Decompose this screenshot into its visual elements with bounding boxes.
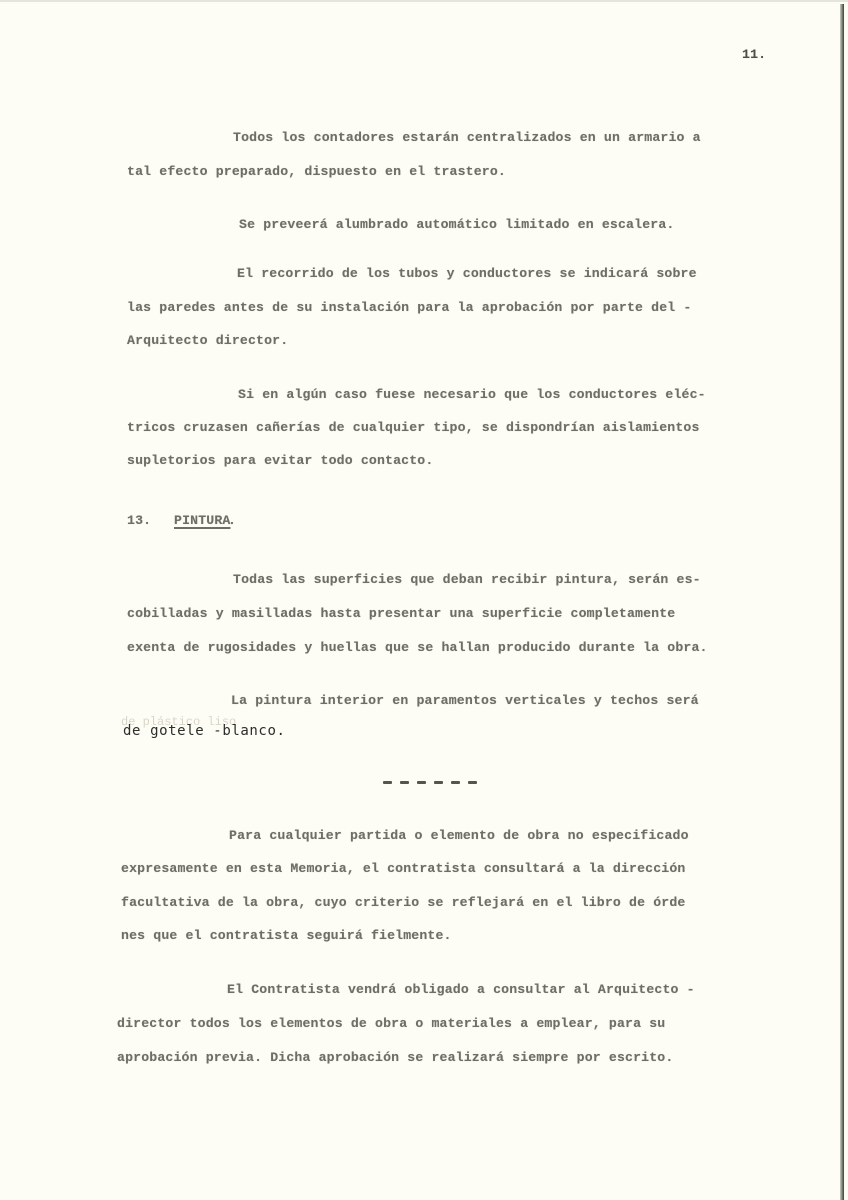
paragraph-4-line-2: tricos cruzasen cañerías de cualquier ti…	[127, 420, 700, 435]
closing-paragraph-1-line-4: nes que el contratista seguirá fielmente…	[121, 928, 452, 943]
document-page: 11. Todos los contadores estarán central…	[0, 0, 844, 1200]
section-paragraph-1-line-2: cobilladas y masilladas hasta presentar …	[127, 606, 675, 621]
page-right-edge	[840, 4, 844, 1200]
separator-dash	[400, 781, 409, 784]
closing-paragraph-1-line-2: expresamente en esta Memoria, el contrat…	[121, 861, 685, 876]
closing-paragraph-1-line-3: facultativa de la obra, cuyo criterio se…	[121, 895, 685, 910]
paragraph-1-line-1: Todos los contadores estarán centralizad…	[233, 130, 701, 145]
paragraph-3-line-3: Arquitecto director.	[127, 333, 288, 348]
paragraph-2-line-1: Se preveerá alumbrado automático limitad…	[239, 217, 674, 232]
paragraph-4-line-3: supletorios para evitar todo contacto.	[127, 453, 433, 468]
closing-paragraph-2-line-1: El Contratista vendrá obligado a consult…	[227, 982, 695, 997]
section-paragraph-2-line-1: La pintura interior en paramentos vertic…	[231, 693, 699, 708]
paragraph-1-line-2: tal efecto preparado, dispuesto en el tr…	[127, 164, 506, 179]
section-title: PINTURA	[174, 513, 230, 528]
paragraph-3-line-2: las paredes antes de su instalación para…	[127, 300, 691, 315]
paragraph-3-line-1: El recorrido de los tubos y conductores …	[237, 266, 697, 281]
section-paragraph-1-line-3: exenta de rugosidades y huellas que se h…	[127, 640, 708, 655]
page-number: 11.	[742, 47, 766, 62]
paragraph-4-line-1: Si en algún caso fuese necesario que los…	[238, 387, 706, 402]
separator-dash	[417, 781, 426, 784]
separator-dash	[383, 781, 392, 784]
section-paragraph-1-line-1: Todas las superficies que deban recibir …	[233, 572, 701, 587]
separator-dash	[468, 781, 477, 784]
closing-paragraph-2-line-3: aprobación previa. Dicha aprobación se r…	[117, 1050, 673, 1065]
section-number: 13.	[127, 513, 151, 528]
section-title-period: .	[228, 513, 236, 528]
dashed-separator	[383, 781, 477, 785]
page-top-edge	[0, 0, 848, 2]
closing-paragraph-1-line-1: Para cualquier partida o elemento de obr…	[229, 828, 689, 843]
separator-dash	[434, 781, 443, 784]
overtyped-correction-line: de gotele -blanco.	[123, 723, 286, 739]
separator-dash	[451, 781, 460, 784]
closing-paragraph-2-line-2: director todos los elementos de obra o m…	[117, 1016, 665, 1031]
